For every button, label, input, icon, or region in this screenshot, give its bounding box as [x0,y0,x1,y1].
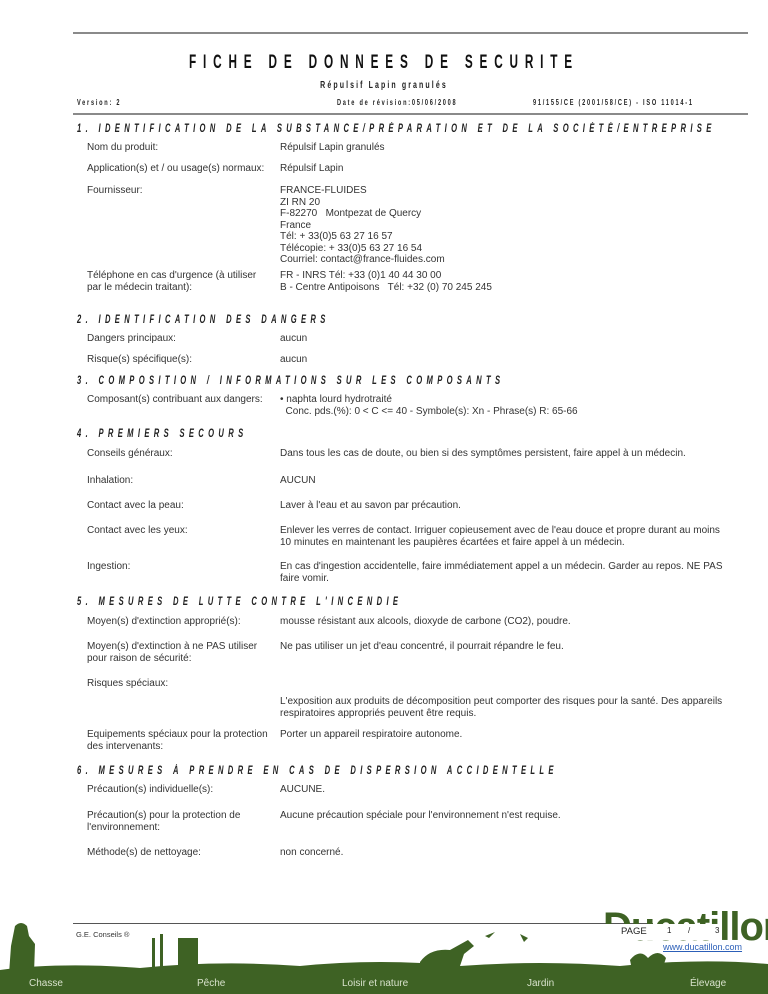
section-4-title: 4. PREMIERS SECOURS [77,428,247,440]
value-line: L'exposition aux produits de décompositi… [280,696,750,708]
supplier-name: FRANCE-FLUIDES [280,185,750,197]
regulation-ref: 91/155/CE (2001/58/CE) - ISO 11014-1 [533,98,694,107]
row-label: Application(s) et / ou usage(s) normaux: [87,163,277,175]
supplier-address-2: F-82270 Montpezat de Quercy [280,208,750,220]
page-current: 1 [667,926,671,935]
row-value: non concerné. [280,847,750,859]
supplier-country: France [280,220,750,232]
row-value: En cas d'ingestion accidentelle, faire i… [280,561,750,584]
row-value: AUCUNE. [280,784,750,796]
page-label: PAGE [621,926,647,937]
supplier-email: Courriel: contact@france-fluides.com [280,254,750,266]
section-2-title: 2. IDENTIFICATION DES DANGERS [77,314,330,326]
row-value: L'exposition aux produits de décompositi… [280,696,750,719]
row-label: Ingestion: [87,561,277,573]
row-value: Porter un appareil respiratoire autonome… [280,729,750,741]
section-6-title: 6. MESURES À PRENDRE EN CAS DE DISPERSIO… [77,765,558,777]
category-loisir-nature[interactable]: Loisir et nature [342,978,408,989]
page-total: 3 [715,926,719,935]
header-rule [73,113,748,115]
label-line: par le médecin traitant): [87,282,277,294]
value-line: B - Centre Antipoisons Tél: +32 (0) 70 2… [280,282,750,294]
row-value: Répulsif Lapin granulés [280,142,750,154]
product-subtitle: Répulsif Lapin granulés [115,80,653,91]
value-line: • naphta lourd hydrotraité [280,394,750,406]
row-label: Equipements spéciaux pour la protection … [87,729,277,752]
row-value: • naphta lourd hydrotraité Conc. pds.(%)… [280,394,750,417]
label-line: pour raison de sécurité: [87,653,277,665]
label-line: Moyen(s) d'extinction à ne PAS utiliser [87,641,277,653]
supplier-phone: Tél: + 33(0)5 63 27 16 57 [280,231,750,243]
label-line: l'environnement: [87,822,277,834]
value-line: En cas d'ingestion accidentelle, faire i… [280,561,750,573]
category-chasse[interactable]: Chasse [29,978,63,989]
row-value: AUCUN [280,475,750,487]
row-value: Laver à l'eau et au savon par précaution… [280,500,750,512]
value-line: Conc. pds.(%): 0 < C <= 40 - Symbole(s):… [280,406,750,418]
brand-website-link[interactable]: www.ducatillon.com [663,942,742,952]
revision-date: Date de révision:05/06/2008 [337,98,457,107]
footer-author: G.E. Conseils ® [76,930,129,939]
value-line: FR - INRS Tél: +33 (0)1 40 44 30 00 [280,270,750,282]
row-label: Précaution(s) pour la protection de l'en… [87,810,277,833]
category-peche[interactable]: Pêche [197,978,225,989]
document-title: FICHE DE DONNEES DE SECURITE [146,52,622,74]
row-label: Précaution(s) individuelle(s): [87,784,277,796]
row-label: Moyen(s) d'extinction approprié(s): [87,616,277,628]
row-value: Aucune précaution spéciale pour l'enviro… [280,810,750,822]
row-value: Enlever les verres de contact. Irriguer … [280,525,750,548]
row-value: mousse résistant aux alcools, dioxyde de… [280,616,750,628]
category-elevage[interactable]: Élevage [690,978,726,989]
footer-rule [73,923,653,924]
row-label: Risques spéciaux: [87,678,277,690]
row-value: FRANCE-FLUIDES ZI RN 20 F-82270 Montpeza… [280,185,750,266]
label-line: des intervenants: [87,741,277,753]
top-rule [73,32,748,34]
row-label: Conseils généraux: [87,448,277,460]
page-separator: / [688,926,690,935]
supplier-address-1: ZI RN 20 [280,197,750,209]
row-label: Inhalation: [87,475,277,487]
section-5-title: 5. MESURES DE LUTTE CONTRE L'INCENDIE [77,596,402,608]
row-label: Fournisseur: [87,185,277,197]
row-label: Moyen(s) d'extinction à ne PAS utiliser … [87,641,277,664]
label-line: Equipements spéciaux pour la protection [87,729,277,741]
row-value: Dans tous les cas de doute, ou bien si d… [280,448,750,460]
section-3-title: 3. COMPOSITION / INFORMATIONS SUR LES CO… [77,375,504,387]
row-label: Composant(s) contribuant aux dangers: [87,394,277,406]
section-1-title: 1. IDENTIFICATION DE LA SUBSTANCE/PRÉPAR… [77,123,716,135]
value-line: Enlever les verres de contact. Irriguer … [280,525,750,537]
value-line: respiratoires appropriés peuvent être re… [280,708,750,720]
row-label: Dangers principaux: [87,333,277,345]
row-label: Nom du produit: [87,142,277,154]
row-label: Risque(s) spécifique(s): [87,354,277,366]
value-line: faire vomir. [280,573,750,585]
row-value: Ne pas utiliser un jet d'eau concentré, … [280,641,750,653]
row-label: Contact avec la peau: [87,500,277,512]
row-value: aucun [280,354,750,366]
row-label: Méthode(s) de nettoyage: [87,847,277,859]
label-line: Téléphone en cas d'urgence (à utiliser [87,270,277,282]
value-line: 10 minutes en maintenant les paupières é… [280,537,750,549]
row-value: aucun [280,333,750,345]
row-label: Contact avec les yeux: [87,525,277,537]
row-label: Téléphone en cas d'urgence (à utiliser p… [87,270,277,293]
category-jardin[interactable]: Jardin [527,978,554,989]
row-value: Répulsif Lapin [280,163,750,175]
label-line: Précaution(s) pour la protection de [87,810,277,822]
supplier-fax: Télécopie: + 33(0)5 63 27 16 54 [280,243,750,255]
version-label: Version: 2 [77,98,121,107]
row-value: FR - INRS Tél: +33 (0)1 40 44 30 00 B - … [280,270,750,293]
